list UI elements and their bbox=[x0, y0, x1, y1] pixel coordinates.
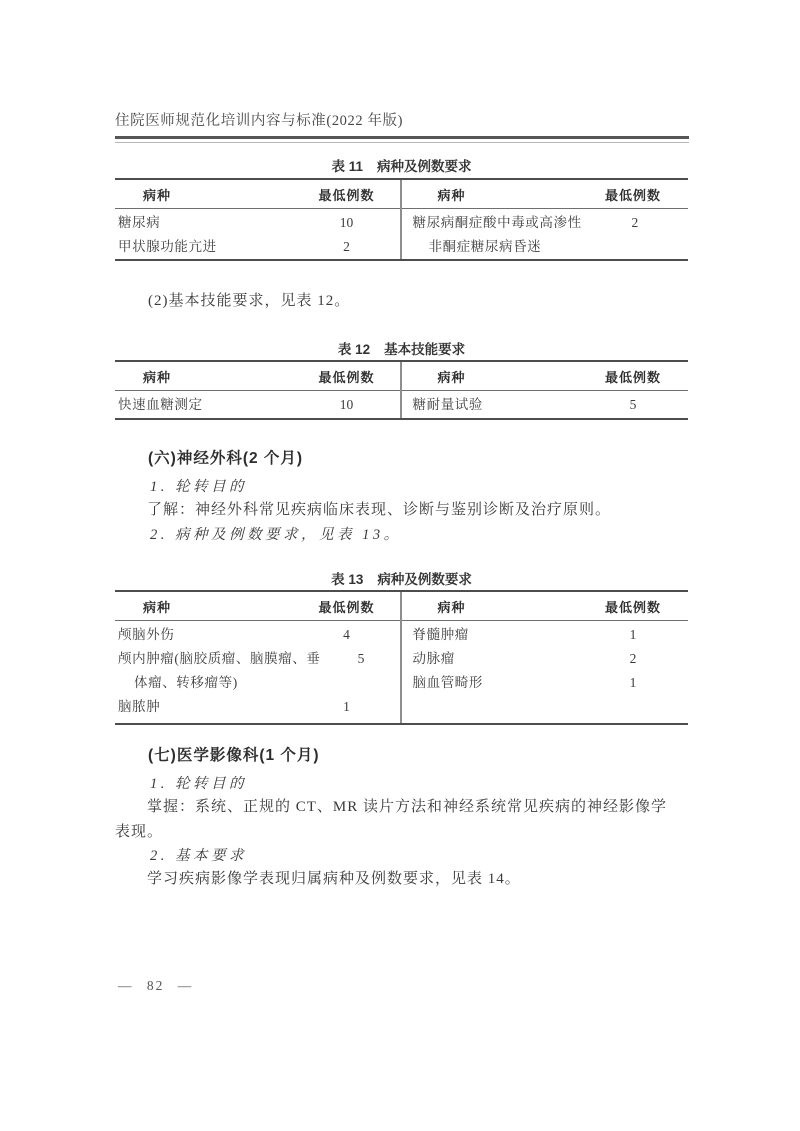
table-11-header-left: 病种 最低例数 bbox=[115, 180, 402, 208]
table-11-body-right: 糖尿病酮症酸中毒或高渗性 2 非酮症糖尿病昏迷 bbox=[402, 211, 689, 259]
paragraph-basic-skills-ref: (2)基本技能要求，见表 12。 bbox=[148, 289, 350, 310]
column-header-disease: 病种 bbox=[410, 597, 579, 616]
min-cases-cell: 10 bbox=[292, 393, 402, 417]
disease-cell: 快速血糖测定 bbox=[115, 393, 292, 417]
table-row: 颅内肿瘤(脑胶质瘤、脑膜瘤、垂 5 bbox=[115, 647, 402, 671]
column-header-min-cases: 最低例数 bbox=[292, 597, 402, 616]
section-7-paragraph-1-line-2: 表现。 bbox=[115, 820, 163, 841]
table-row: 糖尿病酮症酸中毒或高渗性 2 bbox=[410, 211, 689, 235]
table-row: 脑脓肿 1 bbox=[115, 695, 402, 719]
section-6-paragraph-1: 了解：神经外科常见疾病临床表现、诊断与鉴别诊断及治疗原则。 bbox=[147, 498, 611, 519]
table-row: 糖耐量试验 5 bbox=[410, 393, 689, 417]
section-7-paragraph-2: 学习疾病影像学表现归属病种及例数要求，见表 14。 bbox=[147, 867, 521, 888]
min-cases-cell: 1 bbox=[578, 671, 688, 695]
table-12-header-left: 病种 最低例数 bbox=[115, 362, 402, 390]
column-header-disease: 病种 bbox=[410, 367, 579, 386]
column-header-disease: 病种 bbox=[410, 185, 579, 204]
table-12-label: 表 12 bbox=[338, 342, 370, 357]
table-11: 病种 最低例数 病种 最低例数 糖尿病 10 甲状腺功能亢进 2 bbox=[115, 178, 688, 261]
table-row: 快速血糖测定 10 bbox=[115, 393, 402, 417]
min-cases-cell: 10 bbox=[292, 211, 402, 235]
table-row: 甲状腺功能亢进 2 bbox=[115, 235, 402, 259]
min-cases-cell bbox=[292, 671, 402, 695]
min-cases-cell: 5 bbox=[321, 647, 402, 671]
disease-cell: 甲状腺功能亢进 bbox=[115, 235, 292, 259]
min-cases-cell: 2 bbox=[292, 235, 402, 259]
disease-cell: 动脉瘤 bbox=[410, 647, 579, 671]
disease-cell: 糖耐量试验 bbox=[410, 393, 579, 417]
disease-cell: 糖尿病 bbox=[115, 211, 292, 235]
document-page: 住院医师规范化培训内容与标准(2022 年版) 表 11病种及例数要求 病种 最… bbox=[0, 0, 800, 1131]
column-header-min-cases: 最低例数 bbox=[578, 185, 688, 204]
column-header-min-cases: 最低例数 bbox=[292, 367, 402, 386]
table-row: 脑血管畸形 1 bbox=[410, 671, 689, 695]
table-11-title: 表 11病种及例数要求 bbox=[115, 155, 688, 175]
table-12-body-left: 快速血糖测定 10 bbox=[115, 393, 402, 417]
table-12-caption: 基本技能要求 bbox=[384, 342, 465, 357]
column-header-min-cases: 最低例数 bbox=[578, 597, 688, 616]
disease-cell: 脑脓肿 bbox=[115, 695, 292, 719]
header-rule-thick bbox=[115, 136, 689, 139]
table-13-caption: 病种及例数要求 bbox=[377, 572, 472, 587]
table-12-body-right: 糖耐量试验 5 bbox=[402, 393, 689, 417]
section-7-item-1: 1. 轮转目的 bbox=[150, 772, 247, 793]
min-cases-cell: 1 bbox=[578, 623, 688, 647]
table-11-caption: 病种及例数要求 bbox=[377, 159, 472, 174]
disease-cell: 脊髓肿瘤 bbox=[410, 623, 579, 647]
table-11-label: 表 11 bbox=[331, 159, 363, 174]
table-12-header-right: 病种 最低例数 bbox=[402, 362, 689, 390]
section-7-heading: (七)医学影像科(1 个月) bbox=[148, 743, 320, 765]
page-number: — 82 — bbox=[118, 978, 193, 994]
disease-cell: 颅内肿瘤(脑胶质瘤、脑膜瘤、垂 bbox=[115, 647, 321, 671]
table-13-body-right: 脊髓肿瘤 1 动脉瘤 2 脑血管畸形 1 bbox=[402, 623, 689, 719]
table-13-vertical-divider bbox=[400, 592, 402, 723]
column-header-disease: 病种 bbox=[115, 597, 292, 616]
table-11-vertical-divider bbox=[400, 180, 402, 259]
column-header-disease: 病种 bbox=[115, 185, 292, 204]
min-cases-cell: 2 bbox=[582, 211, 688, 235]
table-11-header-right: 病种 最低例数 bbox=[402, 180, 689, 208]
table-12-vertical-divider bbox=[400, 362, 402, 418]
disease-cell: 体瘤、转移瘤等) bbox=[115, 671, 292, 695]
running-header-title: 住院医师规范化培训内容与标准(2022 年版) bbox=[115, 109, 690, 130]
table-row: 动脉瘤 2 bbox=[410, 647, 689, 671]
min-cases-cell bbox=[578, 235, 688, 259]
table-row: 颅脑外伤 4 bbox=[115, 623, 402, 647]
table-13-header-left: 病种 最低例数 bbox=[115, 592, 402, 620]
table-11-body-left: 糖尿病 10 甲状腺功能亢进 2 bbox=[115, 211, 402, 259]
section-7-item-2: 2. 基本要求 bbox=[150, 844, 247, 865]
table-row: 脊髓肿瘤 1 bbox=[410, 623, 689, 647]
section-6-heading: (六)神经外科(2 个月) bbox=[148, 446, 303, 468]
section-6-item-1: 1. 轮转目的 bbox=[150, 475, 247, 496]
min-cases-cell: 1 bbox=[292, 695, 402, 719]
table-12: 病种 最低例数 病种 最低例数 快速血糖测定 10 糖耐量试验 5 bbox=[115, 360, 688, 420]
disease-cell: 非酮症糖尿病昏迷 bbox=[410, 235, 579, 259]
min-cases-cell: 5 bbox=[578, 393, 688, 417]
column-header-min-cases: 最低例数 bbox=[578, 367, 688, 386]
section-6-item-2: 2. 病种及例数要求，见表 13。 bbox=[150, 523, 402, 544]
table-13-header-right: 病种 最低例数 bbox=[402, 592, 689, 620]
column-header-min-cases: 最低例数 bbox=[292, 185, 402, 204]
table-row-continuation: 非酮症糖尿病昏迷 bbox=[410, 235, 689, 259]
disease-cell: 脑血管畸形 bbox=[410, 671, 579, 695]
table-13: 病种 最低例数 病种 最低例数 颅脑外伤 4 颅内肿瘤(脑胶质瘤、脑膜瘤、垂 5… bbox=[115, 590, 688, 725]
min-cases-cell: 2 bbox=[578, 647, 688, 671]
column-header-disease: 病种 bbox=[115, 367, 292, 386]
section-7-paragraph-1-line-1: 掌握：系统、正规的 CT、MR 读片方法和神经系统常见疾病的神经影像学 bbox=[147, 795, 667, 816]
disease-cell: 糖尿病酮症酸中毒或高渗性 bbox=[410, 211, 582, 235]
table-row: 糖尿病 10 bbox=[115, 211, 402, 235]
table-13-label: 表 13 bbox=[331, 572, 363, 587]
table-13-title: 表 13病种及例数要求 bbox=[115, 568, 688, 588]
table-13-body-left: 颅脑外伤 4 颅内肿瘤(脑胶质瘤、脑膜瘤、垂 5 体瘤、转移瘤等) 脑脓肿 1 bbox=[115, 623, 402, 719]
min-cases-cell: 4 bbox=[292, 623, 402, 647]
disease-cell: 颅脑外伤 bbox=[115, 623, 292, 647]
table-row-continuation: 体瘤、转移瘤等) bbox=[115, 671, 402, 695]
header-rule-thin bbox=[115, 142, 689, 143]
table-12-title: 表 12基本技能要求 bbox=[115, 338, 688, 358]
